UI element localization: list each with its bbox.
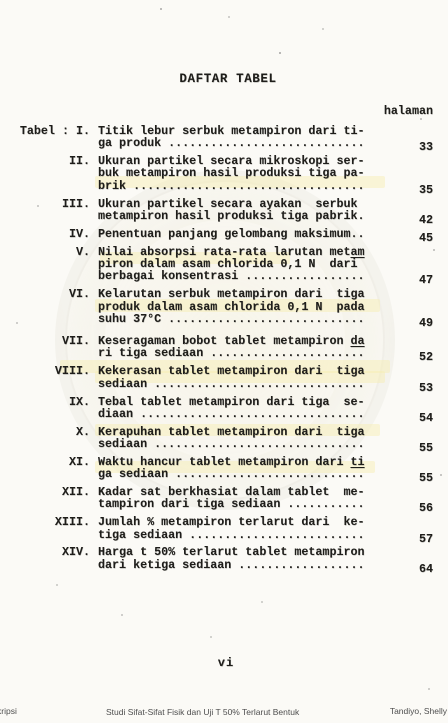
entry-numeral: Tabel : I. bbox=[0, 125, 90, 137]
footer-center-text: Studi Sifat-Sifat Fisik dan Uji T 50% Te… bbox=[106, 707, 299, 717]
entry-text: Harga t 50% terlarut tablet metampironda… bbox=[98, 546, 368, 571]
entry-numeral: VI. bbox=[0, 288, 90, 300]
entry-numeral: V. bbox=[0, 246, 90, 258]
entry-numeral: XI. bbox=[0, 456, 90, 468]
toc-entry: XI.Waktu hancur tablet metampiron dari t… bbox=[0, 456, 441, 481]
entry-page-number: 64 bbox=[368, 563, 441, 575]
entry-line: tampiron dari tiga sediaan ........... bbox=[98, 498, 368, 510]
entry-line: tiga sediaan ......................... bbox=[98, 529, 368, 541]
entry-line-segment: berbagai konsentrasi ................. bbox=[98, 269, 365, 283]
toc-entry: IX.Tebal tablet metampiron dari tiga se-… bbox=[0, 396, 441, 421]
entry-line: ga sediaan ........................... bbox=[98, 468, 368, 480]
entry-page-number: 56 bbox=[368, 502, 441, 514]
page-number: vi bbox=[0, 656, 448, 670]
entry-numeral: XII. bbox=[0, 486, 90, 498]
entry-line: brik ................................. bbox=[98, 180, 368, 192]
entry-line: sediaan .............................. bbox=[98, 438, 368, 450]
footer-left-text: kripsi bbox=[0, 706, 17, 716]
entry-text: Penentuan panjang gelombang maksimum.. bbox=[98, 228, 368, 240]
entry-numeral: II. bbox=[0, 155, 90, 167]
entry-line: dari ketiga sediaan .................. bbox=[98, 559, 368, 571]
toc-entry: X.Kerapuhan tablet metampiron dari tigas… bbox=[0, 426, 441, 451]
entry-line: metampiron hasil produksi tiga pabrik. bbox=[98, 210, 368, 222]
entry-numeral: XIV. bbox=[0, 546, 90, 558]
entry-line: ri tiga sediaan ...................... bbox=[98, 347, 368, 359]
entry-page-number: 52 bbox=[368, 351, 441, 363]
table-of-contents: Tabel : I.Titik lebur serbuk metampiron … bbox=[0, 125, 441, 571]
scan-noise-specks bbox=[0, 0, 2, 2]
entry-numeral: VII. bbox=[0, 335, 90, 347]
entry-numeral: XIII. bbox=[0, 516, 90, 528]
entry-numeral: X. bbox=[0, 426, 90, 438]
toc-entry: XIII.Jumlah % metampiron terlarut dari k… bbox=[0, 516, 441, 541]
entry-line-segment: dari ketiga sediaan .................. bbox=[98, 558, 365, 572]
toc-entry: XII.Kadar sat berkhasiat dalam tablet me… bbox=[0, 486, 441, 511]
entry-line: ga produk ............................ bbox=[98, 137, 368, 149]
entry-page-number: 42 bbox=[368, 214, 441, 226]
entry-page-number: 55 bbox=[368, 442, 441, 454]
entry-page-number: 54 bbox=[368, 412, 441, 424]
entry-line-segment: tampiron dari tiga sediaan ........... bbox=[98, 497, 365, 511]
entry-text: Ukuran partikel secara ayakan serbukmeta… bbox=[98, 198, 368, 223]
entry-page-number: 45 bbox=[368, 232, 441, 244]
entry-line-segment: ga produk ............................ bbox=[98, 136, 365, 150]
entry-line-segment: ri tiga sediaan ...................... bbox=[98, 346, 365, 360]
entry-line: berbagai konsentrasi ................. bbox=[98, 270, 368, 282]
toc-entry: VII.Keseragaman bobot tablet metampiron … bbox=[0, 335, 441, 360]
toc-entry: XIV.Harga t 50% terlarut tablet metampir… bbox=[0, 546, 441, 571]
entry-line: diaan ................................ bbox=[98, 408, 368, 420]
toc-entry: VI.Kelarutan serbuk metampiron dari tiga… bbox=[0, 288, 441, 325]
entry-text: Waktu hancur tablet metampiron dari tiga… bbox=[98, 456, 368, 481]
entry-page-number: 53 bbox=[368, 382, 441, 394]
entry-text: Tebal tablet metampiron dari tiga se-dia… bbox=[98, 396, 368, 421]
entry-line-segment: tiga sediaan ......................... bbox=[98, 528, 365, 542]
entry-page-number: 47 bbox=[368, 274, 441, 286]
entry-text: Jumlah % metampiron terlarut dari ke-tig… bbox=[98, 516, 368, 541]
entry-numeral: IV. bbox=[0, 228, 90, 240]
entry-page-number: 35 bbox=[368, 184, 441, 196]
entry-line-segment: ga sediaan ........................... bbox=[98, 467, 365, 481]
entry-page-number: 33 bbox=[368, 141, 441, 153]
entry-page-number: 55 bbox=[368, 472, 441, 484]
entry-text: Ukuran partikel secara mikroskopi ser-bu… bbox=[98, 155, 368, 192]
entry-numeral: III. bbox=[0, 198, 90, 210]
footer-bar: kripsi Studi Sifat-Sifat Fisik dan Uji T… bbox=[0, 706, 448, 720]
entry-line-segment: diaan ................................ bbox=[98, 407, 365, 421]
toc-entry: Tabel : I.Titik lebur serbuk metampiron … bbox=[0, 125, 441, 150]
toc-entry: VIII.Kekerasan tablet metampiron dari ti… bbox=[0, 365, 441, 390]
entry-line-segment: Penentuan panjang gelombang maksimum.. bbox=[98, 227, 365, 241]
page-title: DAFTAR TABEL bbox=[0, 72, 448, 86]
page-column-label: halaman bbox=[384, 104, 433, 118]
entry-numeral: VIII. bbox=[0, 365, 90, 377]
entry-text: Kekerasan tablet metampiron dari tigased… bbox=[98, 365, 368, 390]
entry-page-number: 57 bbox=[368, 533, 441, 545]
entry-page-number: 49 bbox=[368, 317, 441, 329]
entry-text: Keseragaman bobot tablet metampiron dari… bbox=[98, 335, 368, 360]
entry-line-segment: suhu 37°C ............................ bbox=[98, 312, 365, 326]
entry-line: sediaan .............................. bbox=[98, 378, 368, 390]
entry-text: Titik lebur serbuk metampiron dari ti-ga… bbox=[98, 125, 368, 150]
toc-entry: III.Ukuran partikel secara ayakan serbuk… bbox=[0, 198, 441, 223]
entry-line-segment: sediaan .............................. bbox=[98, 437, 365, 451]
entry-line: Penentuan panjang gelombang maksimum.. bbox=[98, 228, 368, 240]
toc-entry: V.Nilai absorpsi rata-rata larutan metam… bbox=[0, 246, 441, 283]
footer-right-text: Tandiyo, Shelly bbox=[390, 706, 447, 716]
entry-line-segment: metampiron hasil produksi tiga pabrik. bbox=[98, 209, 365, 223]
entry-line: suhu 37°C ............................ bbox=[98, 313, 368, 325]
entry-line-segment: brik ................................. bbox=[98, 179, 365, 193]
entry-numeral: IX. bbox=[0, 396, 90, 408]
toc-entry: IV.Penentuan panjang gelombang maksimum.… bbox=[0, 228, 441, 240]
entry-text: Nilai absorpsi rata-rata larutan metampi… bbox=[98, 246, 368, 283]
entry-text: Kadar sat berkhasiat dalam tablet me-tam… bbox=[98, 486, 368, 511]
entry-text: Kerapuhan tablet metampiron dari tigased… bbox=[98, 426, 368, 451]
entry-line-segment: sediaan .............................. bbox=[98, 377, 365, 391]
entry-text: Kelarutan serbuk metampiron dari tigapro… bbox=[98, 288, 368, 325]
scanned-document-page: { "header": { "title": "DAFTAR TABEL", "… bbox=[0, 0, 448, 723]
toc-entry: II.Ukuran partikel secara mikroskopi ser… bbox=[0, 155, 441, 192]
